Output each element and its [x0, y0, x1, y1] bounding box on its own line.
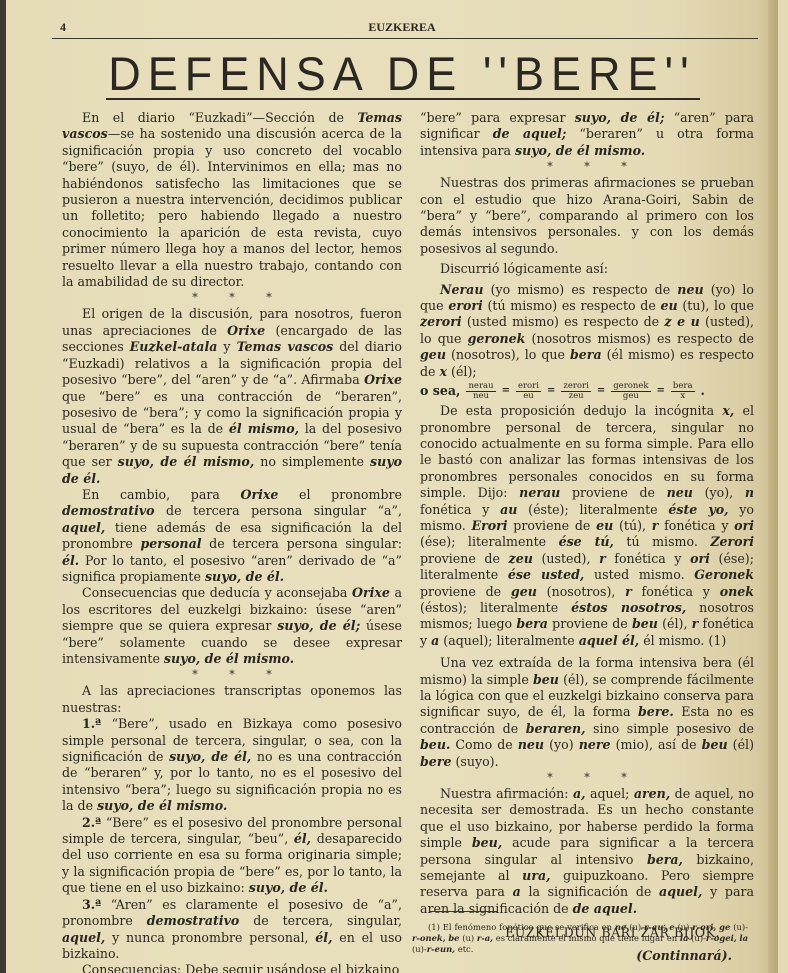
- paragraph-origin: El origen de la discusión, para nosotros…: [62, 306, 402, 486]
- fraction: erorieu: [516, 382, 541, 401]
- fraction: berax: [671, 382, 695, 401]
- paragraph-intro: En el diario “Euzkadi”—Sección de Temas …: [62, 110, 402, 290]
- paragraph-nerau: Nerau (yo mismo) es respecto de neu (yo)…: [420, 282, 754, 380]
- paragraph-apreciaciones: A las apreciaciones transcriptas oponemo…: [62, 683, 402, 716]
- page-edge: [768, 0, 778, 973]
- section-divider: * * *: [62, 667, 402, 683]
- numbered-point-2: 2.ª “Bere” es el posesivo del pronombre …: [62, 815, 402, 897]
- section-divider: * * *: [62, 290, 402, 306]
- magazine-page: 4 EUZKEREA DEFENSA DE ''BERE'' En el dia…: [6, 0, 778, 973]
- section-divider: * * *: [420, 770, 754, 786]
- title-rule: [106, 98, 700, 100]
- binding-shadow: [0, 0, 6, 973]
- fraction: nerauneu: [466, 382, 495, 401]
- paragraph-cambio: En cambio, para Orixe el pronombre demos…: [62, 487, 402, 585]
- numbered-point-1: 1.ª “Bere”, usado en Bizkaya como posesi…: [62, 716, 402, 814]
- equation-prefix: o sea,: [420, 383, 460, 399]
- equation: o sea, nerauneu = erorieu = zerorizeu = …: [420, 382, 754, 401]
- paragraph-continuation: “bere” para expresar suyo, de él; “aren”…: [420, 110, 754, 159]
- paragraph-discurrio: Discurrió lógicamente así:: [420, 261, 754, 277]
- fraction: zerorizeu: [561, 382, 590, 401]
- right-column: “bere” para expresar suyo, de él; “aren”…: [420, 110, 754, 964]
- left-column: En el diario “Euzkadi”—Sección de Temas …: [62, 110, 402, 973]
- paragraph-afirmacion: Nuestra afirmación: a, aquel; aren, de a…: [420, 786, 754, 917]
- numbered-point-3: 3.ª “Aren” es claramente el posesivo de …: [62, 897, 402, 963]
- footnote-rule: [430, 911, 498, 912]
- fraction: geronekgeu: [611, 382, 650, 401]
- header-rule: [52, 38, 758, 39]
- section-divider: * * *: [420, 159, 754, 175]
- paragraph-proposicion: De esta proposición dedujo la incógnita …: [420, 403, 754, 649]
- paragraph-consecuencias-2: Consecuencias: Debe seguir usándose el b…: [62, 962, 402, 973]
- paragraph-una-vez: Una vez extraída de la forma intensiva b…: [420, 655, 754, 770]
- journal-name: EUZKEREA: [46, 20, 758, 35]
- article-title: DEFENSA DE ''BERE'': [102, 47, 702, 102]
- paragraph-arana-goiri: Nuestras dos primeras afirmaciones se pr…: [420, 175, 754, 257]
- footnote: (1) El fenómeno fonético que se verifica…: [412, 922, 748, 954]
- running-head: 4 EUZKEREA: [46, 20, 758, 36]
- paragraph-consecuencias: Consecuencias que deducía y aconsejaba O…: [62, 585, 402, 667]
